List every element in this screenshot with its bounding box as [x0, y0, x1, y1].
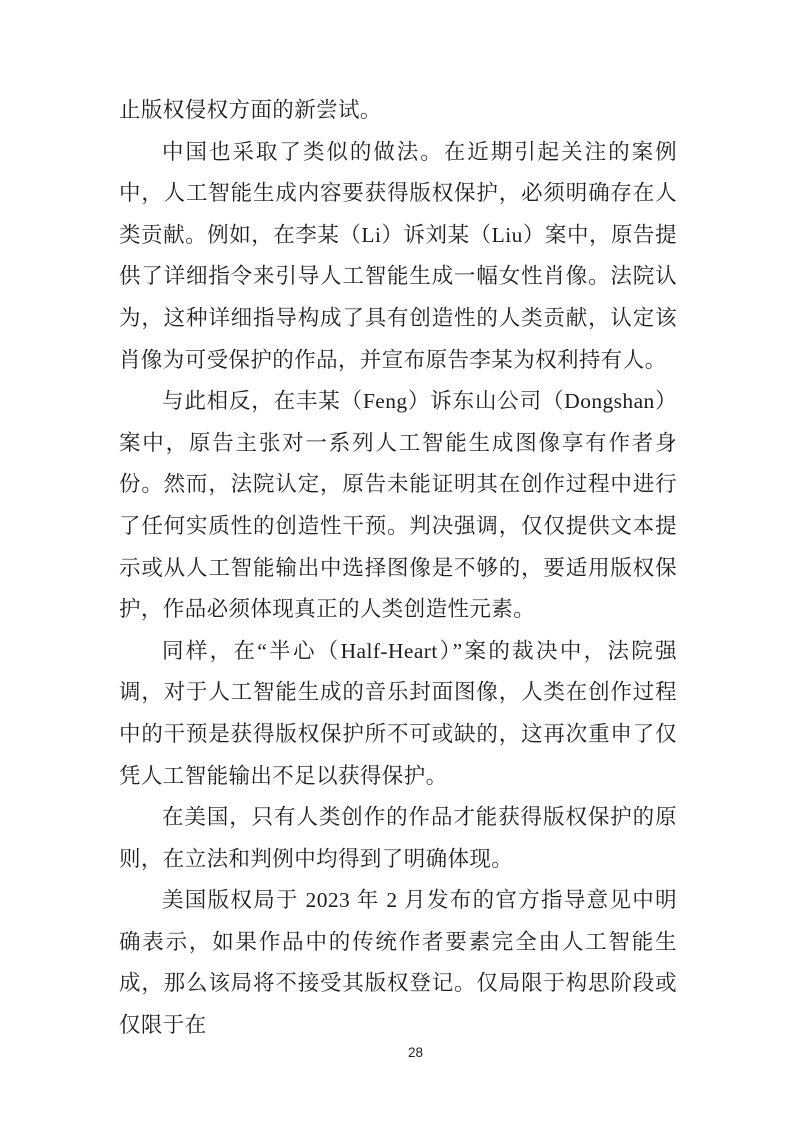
- paragraph-feng-v-dongshan: 与此相反，在丰某（Feng）诉东山公司（Dongshan）案中，原告主张对一系列…: [119, 381, 677, 631]
- paragraph-us-copyright-office: 美国版权局于 2023 年 2 月发布的官方指导意见中明确表示，如果作品中的传统…: [119, 880, 677, 1046]
- document-body: 止版权侵权方面的新尝试。 中国也采取了类似的做法。在近期引起关注的案例中，人工智…: [119, 90, 677, 1047]
- paragraph-china-approach: 中国也采取了类似的做法。在近期引起关注的案例中，人工智能生成内容要获得版权保护，…: [119, 132, 677, 382]
- document-page: 止版权侵权方面的新尝试。 中国也采取了类似的做法。在近期引起关注的案例中，人工智…: [0, 0, 793, 1122]
- paragraph-half-heart-case: 同样，在“半心（Half-Heart）”案的裁决中，法院强调，对于人工智能生成的…: [119, 631, 677, 797]
- paragraph-continuation: 止版权侵权方面的新尝试。: [119, 90, 677, 132]
- page-number: 28: [408, 1045, 423, 1060]
- paragraph-us-principle: 在美国，只有人类创作的作品才能获得版权保护的原则，在立法和判例中均得到了明确体现…: [119, 797, 677, 880]
